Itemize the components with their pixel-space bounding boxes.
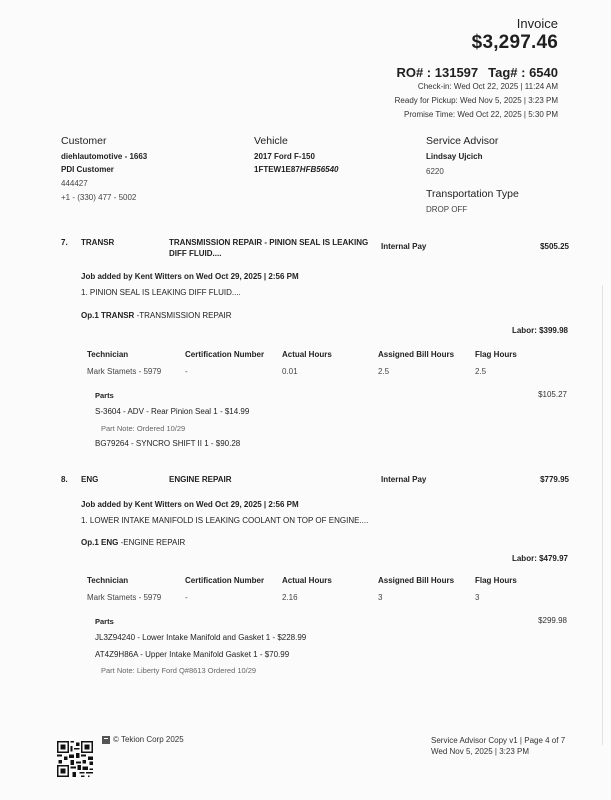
vehicle-vin: 1FTEW1E87HFB56540	[254, 164, 338, 177]
col-assigned-bill-hours: Assigned Bill Hours	[378, 350, 454, 359]
job-description: ENGINE REPAIR	[169, 475, 379, 486]
flag-hours: 3	[475, 593, 479, 602]
customer-name: diehlautomotive - 1663	[61, 151, 147, 164]
transportation-value: DROP OFF	[426, 204, 519, 217]
job-code: TRANSR	[81, 238, 114, 247]
scan-artifact-line	[602, 285, 603, 745]
parts-total: $299.98	[538, 616, 567, 625]
flag-hours: 2.5	[475, 367, 486, 376]
col-certification: Certification Number	[185, 350, 264, 359]
invoice-title: Invoice	[395, 16, 558, 31]
job-number: 8.	[61, 475, 68, 484]
part-note: Part Note: Liberty Ford Q#8613 Ordered 1…	[101, 666, 256, 675]
job-added-by: Job added by Kent Witters on Wed Oct 29,…	[81, 500, 299, 509]
ro-number: RO# : 131597	[396, 65, 478, 80]
job-added-by: Job added by Kent Witters on Wed Oct 29,…	[81, 272, 299, 281]
tag-number: Tag# : 6540	[488, 65, 558, 80]
vehicle-model: 2017 Ford F-150	[254, 151, 338, 164]
labor-amount: Labor: $479.97	[512, 554, 568, 563]
invoice-total: $3,297.46	[395, 32, 558, 54]
check-in-time: Check-in: Wed Oct 22, 2025 | 11:24 AM	[395, 80, 558, 94]
labor-amount: Labor: $399.98	[512, 326, 568, 335]
parts-total: $105.27	[538, 390, 567, 399]
op-line: Op.1 ENG -ENGINE REPAIR	[81, 538, 185, 547]
certification-number: -	[185, 367, 188, 376]
invoice-header: Invoice $3,297.46 RO# : 131597Tag# : 654…	[395, 16, 558, 122]
parts-title: Parts	[95, 617, 114, 626]
transportation-title: Transportation Type	[426, 188, 519, 200]
technician-name: Mark Stamets - 5979	[87, 367, 161, 376]
service-advisor-title: Service Advisor	[426, 135, 519, 147]
ro-tag-line: RO# : 131597Tag# : 6540	[395, 65, 558, 80]
customer-id: 444427	[61, 178, 147, 191]
ready-for-pickup-time: Ready for Pickup: Wed Nov 5, 2025 | 3:23…	[395, 94, 558, 108]
actual-hours: 0.01	[282, 367, 298, 376]
actual-hours: 2.16	[282, 593, 298, 602]
footer-page-info: Service Advisor Copy v1 | Page 4 of 7 We…	[431, 735, 565, 757]
customer-title: Customer	[61, 135, 147, 147]
job-concern: 1. LOWER INTAKE MANIFOLD IS LEAKING COOL…	[81, 516, 368, 525]
footer-brand: © Tekion Corp 2025	[102, 735, 184, 744]
col-certification: Certification Number	[185, 576, 264, 585]
parts-title: Parts	[95, 391, 114, 400]
job-amount: $779.95	[540, 475, 569, 484]
customer-phone: +1 - (330) 477 - 5002	[61, 192, 147, 205]
job-pay-type: Internal Pay	[381, 242, 426, 251]
job-pay-type: Internal Pay	[381, 475, 426, 484]
vin-suffix: HFB56540	[300, 165, 339, 174]
assigned-bill-hours: 3	[378, 593, 382, 602]
col-technician: Technician	[87, 576, 128, 585]
op-description: -ENGINE REPAIR	[118, 538, 185, 547]
qr-code-icon	[57, 741, 93, 777]
part-item: JL3Z94240 - Lower Intake Manifold and Ga…	[95, 633, 306, 642]
job-concern: 1. PINION SEAL IS LEAKING DIFF FLUID....	[81, 288, 241, 297]
col-technician: Technician	[87, 350, 128, 359]
op-line: Op.1 TRANSR -TRANSMISSION REPAIR	[81, 311, 232, 320]
part-item: BG79264 - SYNCRO SHIFT II 1 - $90.28	[95, 439, 240, 448]
promise-time: Promise Time: Wed Oct 22, 2025 | 5:30 PM	[395, 108, 558, 122]
op-description: -TRANSMISSION REPAIR	[134, 311, 231, 320]
technician-name: Mark Stamets - 5979	[87, 593, 161, 602]
vehicle-title: Vehicle	[254, 135, 338, 147]
part-item: S-3604 - ADV - Rear Pinion Seal 1 - $14.…	[95, 407, 249, 416]
service-advisor-id: 6220	[426, 166, 519, 179]
copyright-text: © Tekion Corp 2025	[113, 735, 184, 744]
col-assigned-bill-hours: Assigned Bill Hours	[378, 576, 454, 585]
service-advisor-block: Service Advisor Lindsay Ujcich 6220 Tran…	[426, 135, 519, 217]
op-code: Op.1 ENG	[81, 538, 118, 547]
part-item: AT4Z9H86A - Upper Intake Manifold Gasket…	[95, 650, 289, 659]
col-flag-hours: Flag Hours	[475, 350, 517, 359]
certification-number: -	[185, 593, 188, 602]
op-code: Op.1 TRANSR	[81, 311, 134, 320]
job-code: ENG	[81, 475, 98, 484]
col-actual-hours: Actual Hours	[282, 576, 332, 585]
vehicle-block: Vehicle 2017 Ford F-150 1FTEW1E87HFB5654…	[254, 135, 338, 176]
assigned-bill-hours: 2.5	[378, 367, 389, 376]
tekion-logo-icon	[102, 736, 110, 744]
job-amount: $505.25	[540, 242, 569, 251]
job-number: 7.	[61, 238, 68, 247]
customer-block: Customer diehlautomotive - 1663 PDI Cust…	[61, 135, 147, 204]
col-actual-hours: Actual Hours	[282, 350, 332, 359]
printed-timestamp: Wed Nov 5, 2025 | 3:23 PM	[431, 746, 565, 757]
invoice-page: Invoice $3,297.46 RO# : 131597Tag# : 654…	[0, 0, 611, 800]
job-description: TRANSMISSION REPAIR - PINION SEAL IS LEA…	[169, 238, 379, 259]
customer-type: PDI Customer	[61, 164, 147, 177]
copy-page-info: Service Advisor Copy v1 | Page 4 of 7	[431, 735, 565, 746]
col-flag-hours: Flag Hours	[475, 576, 517, 585]
service-advisor-name: Lindsay Ujcich	[426, 151, 519, 164]
vin-prefix: 1FTEW1E87	[254, 165, 300, 174]
part-note: Part Note: Ordered 10/29	[101, 424, 185, 433]
